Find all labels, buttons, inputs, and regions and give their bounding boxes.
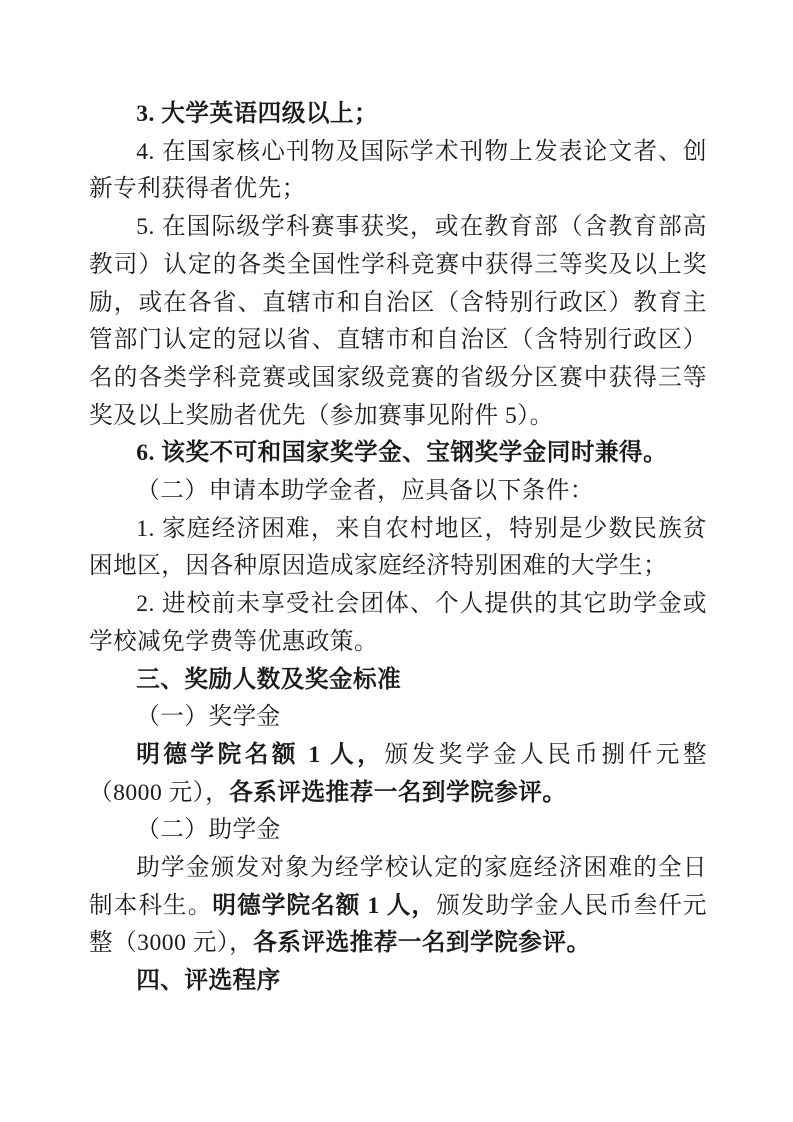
item-4-publications: 4. 在国家核心刊物及国际学术刊物上发表论文者、创新专利获得者优先；	[89, 134, 707, 209]
scholarship-quota-paragraph: 明德学院名额 1 人，颁发奖学金人民币捌仟元整（8000 元），各系评选推荐一名…	[89, 737, 707, 812]
text-run: 3. 大学英语四级以上；	[136, 101, 378, 127]
text-run: 5. 在国际级学科赛事获奖，或在教育部（含教育部高教司）认定的各类全国性学科竞赛…	[89, 214, 707, 429]
sub-2-grant-heading: （二）助学金	[89, 812, 707, 850]
document-body: 3. 大学英语四级以上；4. 在国家核心刊物及国际学术刊物上发表论文者、创新专利…	[89, 96, 707, 1001]
grant-condition-2: 2. 进校前未享受社会团体、个人提供的其它助学金或学校减免学费等优惠政策。	[89, 586, 707, 661]
text-run: （一）奖学金	[136, 704, 281, 730]
text-run: 2. 进校前未享受社会团体、个人提供的其它助学金或学校减免学费等优惠政策。	[89, 591, 707, 655]
text-run: 1. 家庭经济困难，来自农村地区，特别是少数民族贫困地区，因各种原因造成家庭经济…	[89, 516, 707, 580]
grant-quota-paragraph: 助学金颁发对象为经学校认定的家庭经济困难的全日制本科生。明德学院名额 1 人，颁…	[89, 850, 707, 963]
text-run: 四、评选程序	[136, 968, 281, 994]
text-run: 6. 该奖不可和国家奖学金、宝钢奖学金同时兼得。	[136, 440, 667, 466]
grant-condition-1: 1. 家庭经济困难，来自农村地区，特别是少数民族贫困地区，因各种原因造成家庭经济…	[89, 511, 707, 586]
item-3-english-level: 3. 大学英语四级以上；	[89, 96, 707, 134]
item-6-exclusivity: 6. 该奖不可和国家奖学金、宝钢奖学金同时兼得。	[89, 435, 707, 473]
text-run: （二）助学金	[136, 817, 281, 843]
text-run: 4. 在国家核心刊物及国际学术刊物上发表论文者、创新专利获得者优先；	[89, 139, 707, 203]
text-run: 明德学院名额 1 人，	[136, 742, 384, 768]
text-run: （二）申请本助学金者，应具备以下条件：	[136, 478, 594, 504]
text-run: 三、奖励人数及奖金标准	[136, 667, 401, 693]
text-run: 明德学院名额 1 人，	[212, 893, 436, 919]
heading-4-selection-procedure: 四、评选程序	[89, 963, 707, 1001]
section-2-grant-conditions-heading: （二）申请本助学金者，应具备以下条件：	[89, 473, 707, 511]
document-page: 3. 大学英语四级以上；4. 在国家核心刊物及国际学术刊物上发表论文者、创新专利…	[0, 0, 793, 1122]
heading-3-quota-and-standards: 三、奖励人数及奖金标准	[89, 662, 707, 700]
item-5-competition-awards: 5. 在国际级学科赛事获奖，或在教育部（含教育部高教司）认定的各类全国性学科竞赛…	[89, 209, 707, 435]
sub-1-scholarship-heading: （一）奖学金	[89, 699, 707, 737]
text-run: 各系评选推荐一名到学院参评。	[253, 930, 590, 956]
text-run: 各系评选推荐一名到学院参评。	[229, 780, 566, 806]
